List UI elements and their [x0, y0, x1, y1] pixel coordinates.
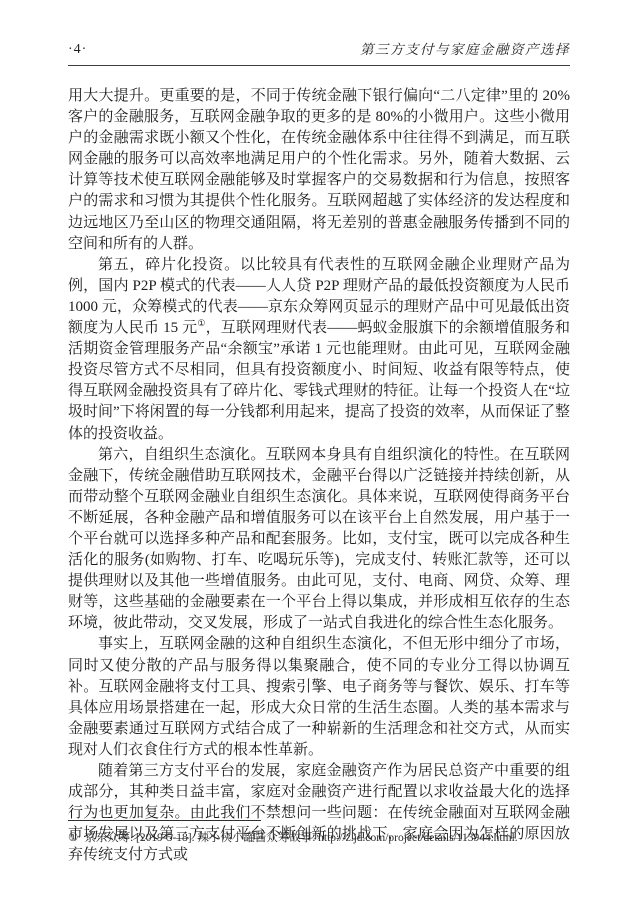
paragraph-ecosystem-integration: 事实上，互联网金融的这种自组织生态演化，不但无形中细分了市场，同时又使分散的产品… [68, 634, 570, 761]
page-number: ·4· [68, 42, 87, 58]
page-header: ·4· 第三方支付与家庭金融资产选择 [68, 38, 570, 66]
footnote-text: ①京东众筹. [2019-5-18]. 辣小侠小罐酱众筹故事. http://z… [68, 821, 570, 846]
paragraph-self-organizing-ecosystem: 第六，自组织生态演化。互联网本身具有自组织演化的特性。在互联网金融下，传统金融借… [68, 445, 570, 635]
footnote-content: 京东众筹. [2019-5-18]. 辣小侠小罐酱众筹故事. http://z.… [84, 832, 517, 844]
footnote-area: ①京东众筹. [2019-5-18]. 辣小侠小罐酱众筹故事. http://z… [68, 820, 570, 846]
paragraph-internet-finance-users: 用大大提升。更重要的是，不同于传统金融下银行偏向“二八定律”里的 20%客户的金… [68, 86, 570, 255]
footnote-reference-marker: ① [197, 318, 205, 328]
page-body: 用大大提升。更重要的是，不同于传统金融下银行偏向“二八定律”里的 20%客户的金… [68, 86, 570, 866]
paragraph-research-questions: 随着第三方支付平台的发展，家庭金融资产作为居民总资产中重要的组成部分，其种类日益… [68, 761, 570, 866]
paragraph-fragmented-investment-text-cont: ，互联网理财代表——蚂蚁金服旗下的余额增值服务和活期资金管理服务产品“余额宝”承… [68, 320, 570, 441]
running-title: 第三方支付与家庭金融资产选择 [360, 38, 570, 58]
footnote-marker: ① [68, 832, 78, 844]
document-page: ·4· 第三方支付与家庭金融资产选择 用大大提升。更重要的是，不同于传统金融下银… [0, 0, 638, 902]
paragraph-fragmented-investment: 第五，碎片化投资。以比较具有代表性的互联网金融企业理财产品为例，国内 P2P 模… [68, 255, 570, 445]
